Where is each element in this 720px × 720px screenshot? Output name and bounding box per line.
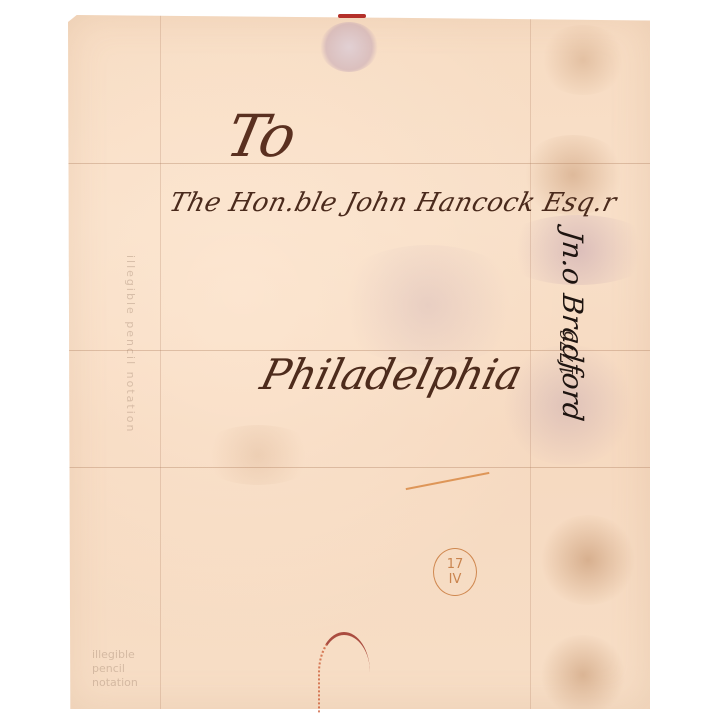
postmark-stamp: 17 IV xyxy=(433,548,477,596)
fold-line xyxy=(68,467,650,468)
postmark-month: IV xyxy=(449,572,462,587)
wax-seal-fragment xyxy=(338,14,366,18)
docket-year: 1776 xyxy=(557,330,578,376)
pencil-note-line: pencil xyxy=(92,662,138,676)
water-stain xyxy=(538,25,628,95)
fold-line xyxy=(160,15,161,709)
water-stain xyxy=(198,425,318,485)
wax-seal-residue xyxy=(318,632,370,713)
docket-sender: Jn.o Bradford xyxy=(556,228,589,422)
wax-seal-residue xyxy=(320,22,378,72)
destination-city: Philadelphia xyxy=(256,350,527,399)
pencil-note: illegible pencil notation xyxy=(124,255,137,433)
pencil-note-corner: illegible pencil notation xyxy=(92,648,138,690)
postmark-day: 17 xyxy=(447,557,464,572)
pencil-note-line: illegible xyxy=(92,648,138,662)
pencil-note-line: notation xyxy=(92,676,138,690)
letter-photo: To The Hon.ble John Hancock Esq.r Philad… xyxy=(0,0,720,720)
water-stain xyxy=(538,515,638,605)
water-stain xyxy=(328,245,528,365)
recipient-name: The Hon.ble John Hancock Esq.r xyxy=(166,188,619,218)
water-stain xyxy=(538,635,628,715)
